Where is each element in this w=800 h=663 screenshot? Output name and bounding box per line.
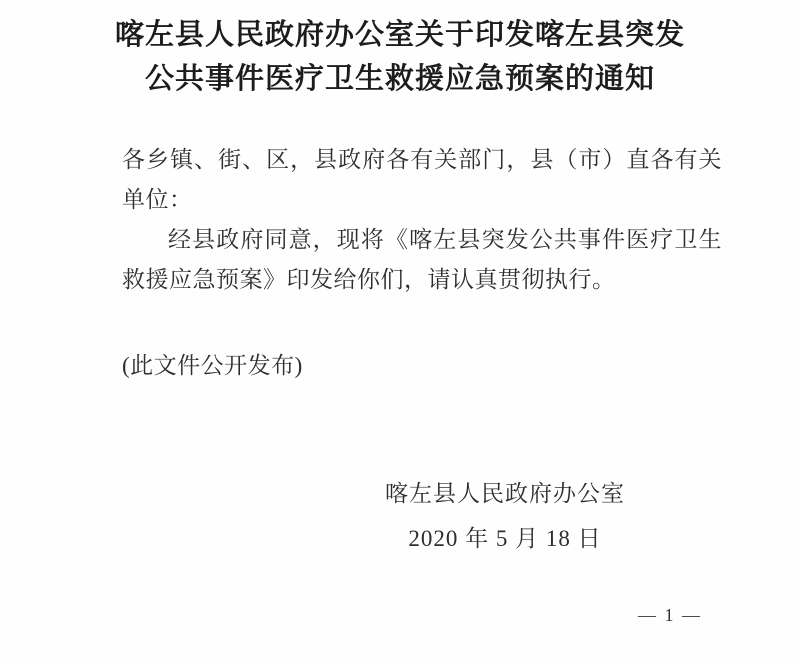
document-title-line-1: 喀左县人民政府办公室关于印发喀左县突发 — [0, 13, 800, 57]
issue-date: 2020 年 5 月 18 日 — [210, 516, 800, 561]
document-title: 喀左县人民政府办公室关于印发喀左县突发 公共事件医疗卫生救援应急预案的通知 — [0, 0, 800, 101]
issuing-office-name: 喀左县人民政府办公室 — [210, 471, 800, 516]
signature-block: 喀左县人民政府办公室 2020 年 5 月 18 日 — [210, 471, 800, 561]
document-body: 各乡镇、街、区，县政府各有关部门，县（市）直各有关单位： 经县政府同意，现将《喀… — [122, 140, 722, 386]
public-release-note: (此文件公开发布) — [122, 346, 722, 386]
document-title-line-2: 公共事件医疗卫生救援应急预案的通知 — [0, 57, 800, 101]
page-number: — 1 — — [638, 604, 702, 626]
salutation-line: 各乡镇、街、区，县政府各有关部门，县（市）直各有关单位： — [122, 140, 722, 220]
document-page: 喀左县人民政府办公室关于印发喀左县突发 公共事件医疗卫生救援应急预案的通知 各乡… — [0, 0, 800, 663]
body-paragraph: 经县政府同意，现将《喀左县突发公共事件医疗卫生救援应急预案》印发给你们，请认真贯… — [122, 220, 722, 300]
